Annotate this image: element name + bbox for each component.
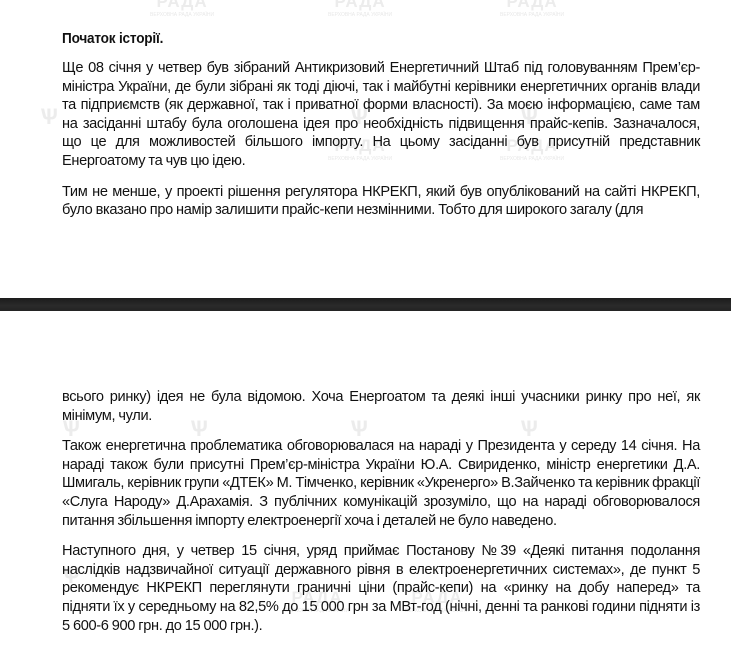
page-2-content: всього ринку) ідея не була відомою. Хоча…	[62, 388, 700, 647]
paragraph: Також енергетична проблематика обговорюв…	[62, 437, 700, 530]
paragraph: всього ринку) ідея не була відомою. Хоча…	[62, 388, 700, 425]
watermark: РАДАВЕРХОВНА РАДА УКРАЇНИ	[500, 0, 564, 18]
paragraph: Ще 08 січня у четвер був зібраний Антикр…	[62, 59, 700, 171]
trident-icon: Ѱ	[40, 104, 58, 130]
watermark: РАДАВЕРХОВНА РАДА УКРАЇНИ	[328, 0, 392, 18]
watermark: РАДАВЕРХОВНА РАДА УКРАЇНИ	[150, 0, 214, 18]
document-page-2: Ѱ Ѱ Ѱ Ѱ Ѱ РАДАВЕРХОВНА РАДА УКРАЇНИ РАДА…	[0, 311, 731, 648]
section-heading: Початок історії.	[62, 31, 655, 47]
page-1-content: Початок історії. Ще 08 січня у четвер бу…	[62, 31, 700, 232]
document-page-1: РАДАВЕРХОВНА РАДА УКРАЇНИ РАДАВЕРХОВНА Р…	[0, 0, 731, 298]
paragraph: Наступного дня, у четвер 15 січня, уряд …	[62, 542, 700, 635]
paragraph: Тим не менше, у проекті рішення регулято…	[62, 183, 700, 220]
page-break-separator	[0, 298, 731, 311]
